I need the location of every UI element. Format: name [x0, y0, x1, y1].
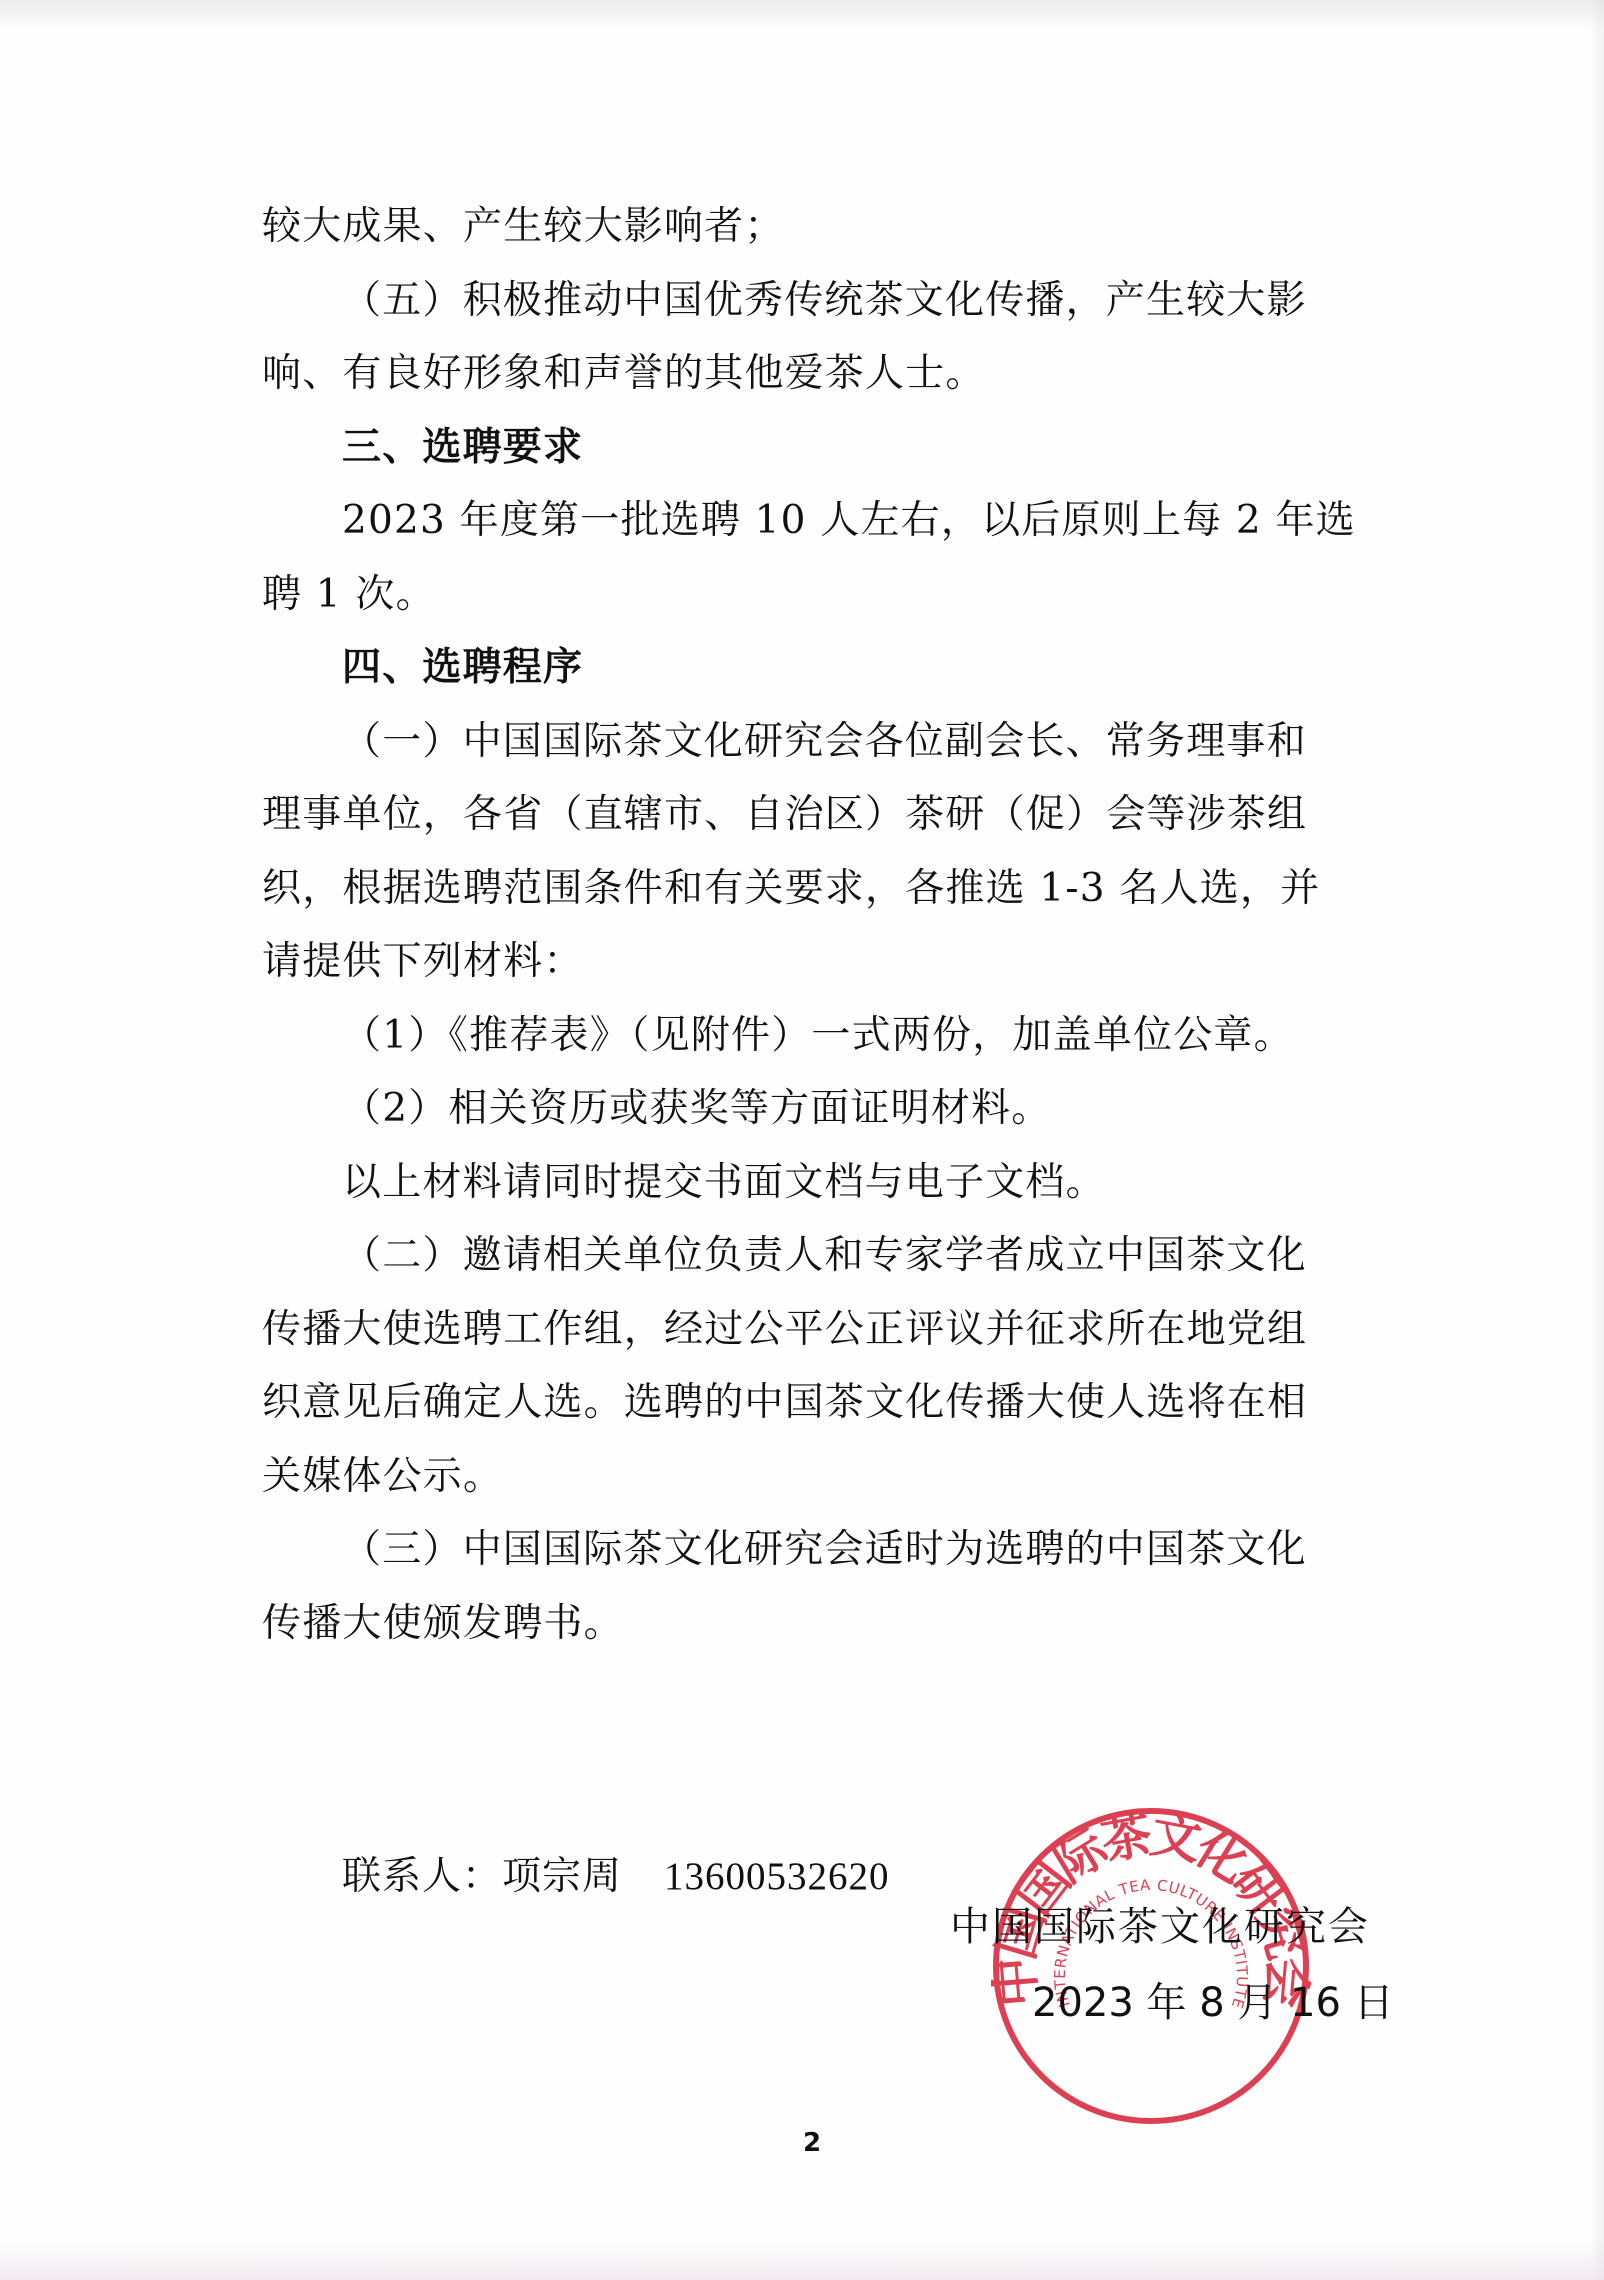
body-line: 传播大使选聘工作组，经过公平公正评议并征求所在地党组: [262, 1293, 1390, 1367]
signing-organization: 中国国际茶文化研究会: [950, 1900, 1370, 1954]
body-line: 请提供下列材料：: [262, 925, 1390, 999]
body-line: （2）相关资历或获奖等方面证明材料。: [262, 1072, 1390, 1146]
body-line: （二）邀请相关单位负责人和专家学者成立中国茶文化: [262, 1219, 1390, 1293]
scan-artifact-top: [0, 0, 1604, 30]
body-line: （三）中国国际茶文化研究会适时为选聘的中国茶文化: [262, 1513, 1390, 1587]
body-line: 响、有良好形象和声誉的其他爱茶人士。: [262, 337, 1390, 411]
body-line: （一）中国国际茶文化研究会各位副会长、常务理事和: [262, 705, 1390, 779]
body-line: 理事单位，各省（直辖市、自治区）茶研（促）会等涉茶组: [262, 778, 1390, 852]
page-number: 2: [803, 2128, 821, 2158]
contact-line: 联系人：项宗周13600532620: [342, 1852, 890, 1902]
official-seal-icon: 中国国际茶文化研究会 INTERNATIONAL TEA CULTURE INS…: [990, 1805, 1312, 2127]
body-line: 2023 年度第一批选聘 10 人左右，以后原则上每 2 年选: [262, 484, 1390, 558]
section-heading-procedure: 四、选聘程序: [262, 631, 1390, 705]
body-line: 关媒体公示。: [262, 1440, 1390, 1514]
body-line: 较大成果、产生较大影响者；: [262, 190, 1390, 264]
scan-artifact-right: [1590, 0, 1604, 2280]
body-line: 聘 1 次。: [262, 558, 1390, 632]
contact-person: 联系人：项宗周: [342, 1854, 622, 1899]
body-line: 织意见后确定人选。选聘的中国茶文化传播大使人选将在相: [262, 1366, 1390, 1440]
section-heading-requirements: 三、选聘要求: [262, 411, 1390, 485]
scan-artifact-bottom: [0, 2240, 1604, 2280]
contact-phone: 13600532620: [664, 1855, 890, 1898]
body-line: 以上材料请同时提交书面文档与电子文档。: [262, 1146, 1390, 1220]
document-body: 较大成果、产生较大影响者； （五）积极推动中国优秀传统茶文化传播，产生较大影 响…: [262, 190, 1390, 1660]
signing-date: 2023 年 8 月 16 日: [1032, 1976, 1394, 2030]
body-line: （五）积极推动中国优秀传统茶文化传播，产生较大影: [262, 264, 1390, 338]
body-line: （1）《推荐表》（见附件）一式两份，加盖单位公章。: [262, 999, 1390, 1073]
body-line: 织，根据选聘范围条件和有关要求，各推选 1-3 名人选，并: [262, 852, 1390, 926]
body-line: 传播大使颁发聘书。: [262, 1587, 1390, 1661]
